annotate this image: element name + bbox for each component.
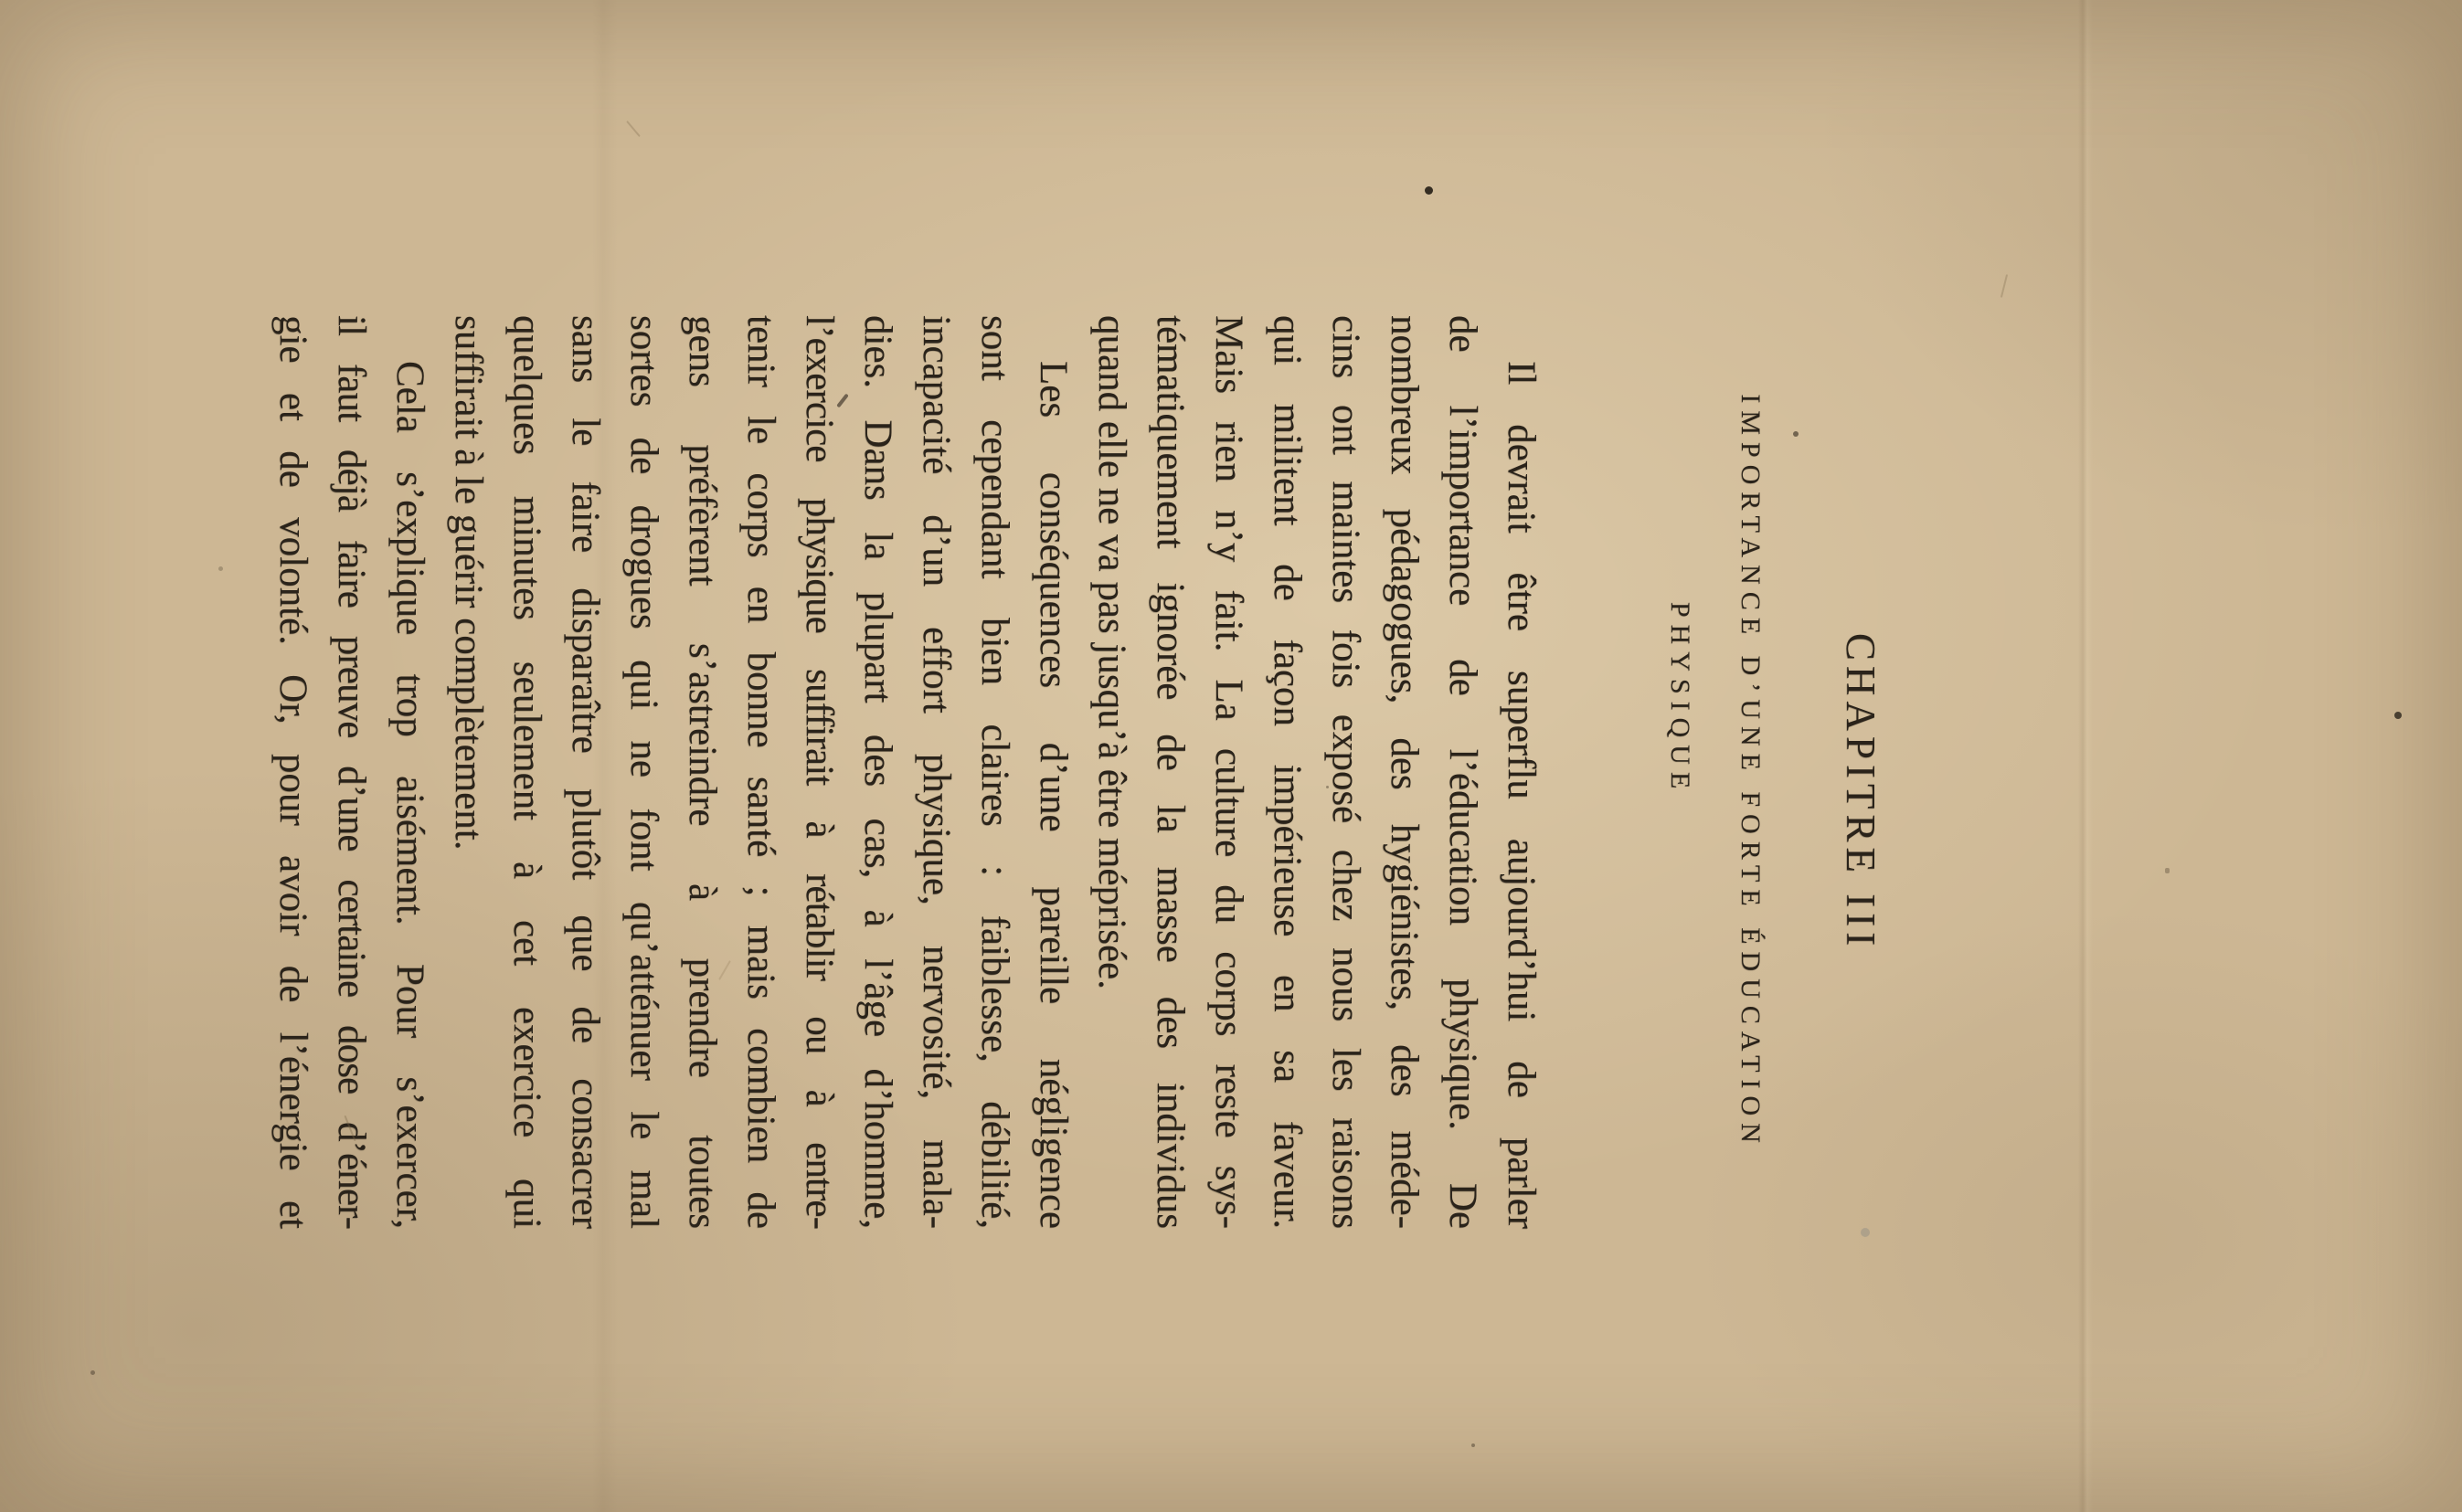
ink-speck	[1793, 431, 1799, 437]
text-line: sont cependant bien claires : faiblesse,…	[965, 315, 1024, 1229]
text-line: cins ont maintes fois exposé chez nous l…	[1316, 315, 1374, 1229]
text-line: tématiquement ignorée de la masse des in…	[1141, 315, 1199, 1229]
book-page: CHAPITRE III IMPORTANCE D’UNE FORTE ÉDUC…	[0, 0, 2462, 1512]
ink-speck	[90, 1370, 95, 1375]
text-line: nombreux pédagogues, des hygiénistes, de…	[1374, 315, 1433, 1229]
body-text: Il devrait être superflu aujourd’hui de …	[263, 315, 1550, 1229]
text-line: gens préfèrent s’astreindre à prendre to…	[673, 315, 731, 1229]
ink-speck	[2165, 868, 2170, 873]
text-line: l’exercice physique suffirait à rétablir…	[790, 315, 848, 1229]
text-line: sans le faire disparaître plutôt que de …	[556, 315, 614, 1229]
ink-speck	[1471, 1443, 1475, 1447]
text-line: Il devrait être superflu aujourd’hui de …	[1491, 315, 1550, 1229]
text-line: de l’importance de l’éducation physique.…	[1433, 315, 1491, 1229]
text-line: sortes de drogues qui ne font qu’atténue…	[614, 315, 673, 1229]
ink-speck	[626, 121, 641, 137]
text-line: il faut déjà faire preuve d’une certaine…	[322, 315, 380, 1229]
text-line: Mais rien n’y fait. La culture du corps …	[1199, 315, 1258, 1229]
text-line: incapacité d’un effort physique, nervosi…	[907, 315, 965, 1229]
text-line: gie et de volonté. Or, pour avoir de l’é…	[263, 315, 322, 1229]
ink-speck	[1425, 186, 1433, 195]
ink-speck	[218, 566, 223, 571]
text-line: Cela s’explique trop aisément. Pour s’ex…	[380, 315, 439, 1229]
ink-speck	[2000, 274, 2008, 298]
chapter-subtitle-line-1: IMPORTANCE D’UNE FORTE ÉDUCATION	[1735, 315, 1766, 1229]
text-line: suffirait à le guérir complètement.	[439, 315, 497, 1229]
text-line: quelques minutes seulement à cet exercic…	[497, 315, 556, 1229]
ink-speck	[2394, 712, 2402, 719]
scanned-book-page: CHAPITRE III IMPORTANCE D’UNE FORTE ÉDUC…	[0, 0, 2462, 1512]
chapter-title: CHAPITRE III	[1837, 335, 1884, 1249]
text-line: qui militent de façon impérieuse en sa f…	[1258, 315, 1316, 1229]
text-line: dies. Dans la plupart des cas, à l’âge d…	[848, 315, 907, 1229]
text-line: quand elle ne va pas jusqu’à être mépris…	[1082, 315, 1141, 1229]
chapter-subtitle-line-2: PHYSIQUE	[1664, 242, 1695, 1156]
text-line: tenir le corps en bonne santé ; mais com…	[731, 315, 790, 1229]
text-line: Les conséquences d’une pareille négligen…	[1024, 315, 1082, 1229]
